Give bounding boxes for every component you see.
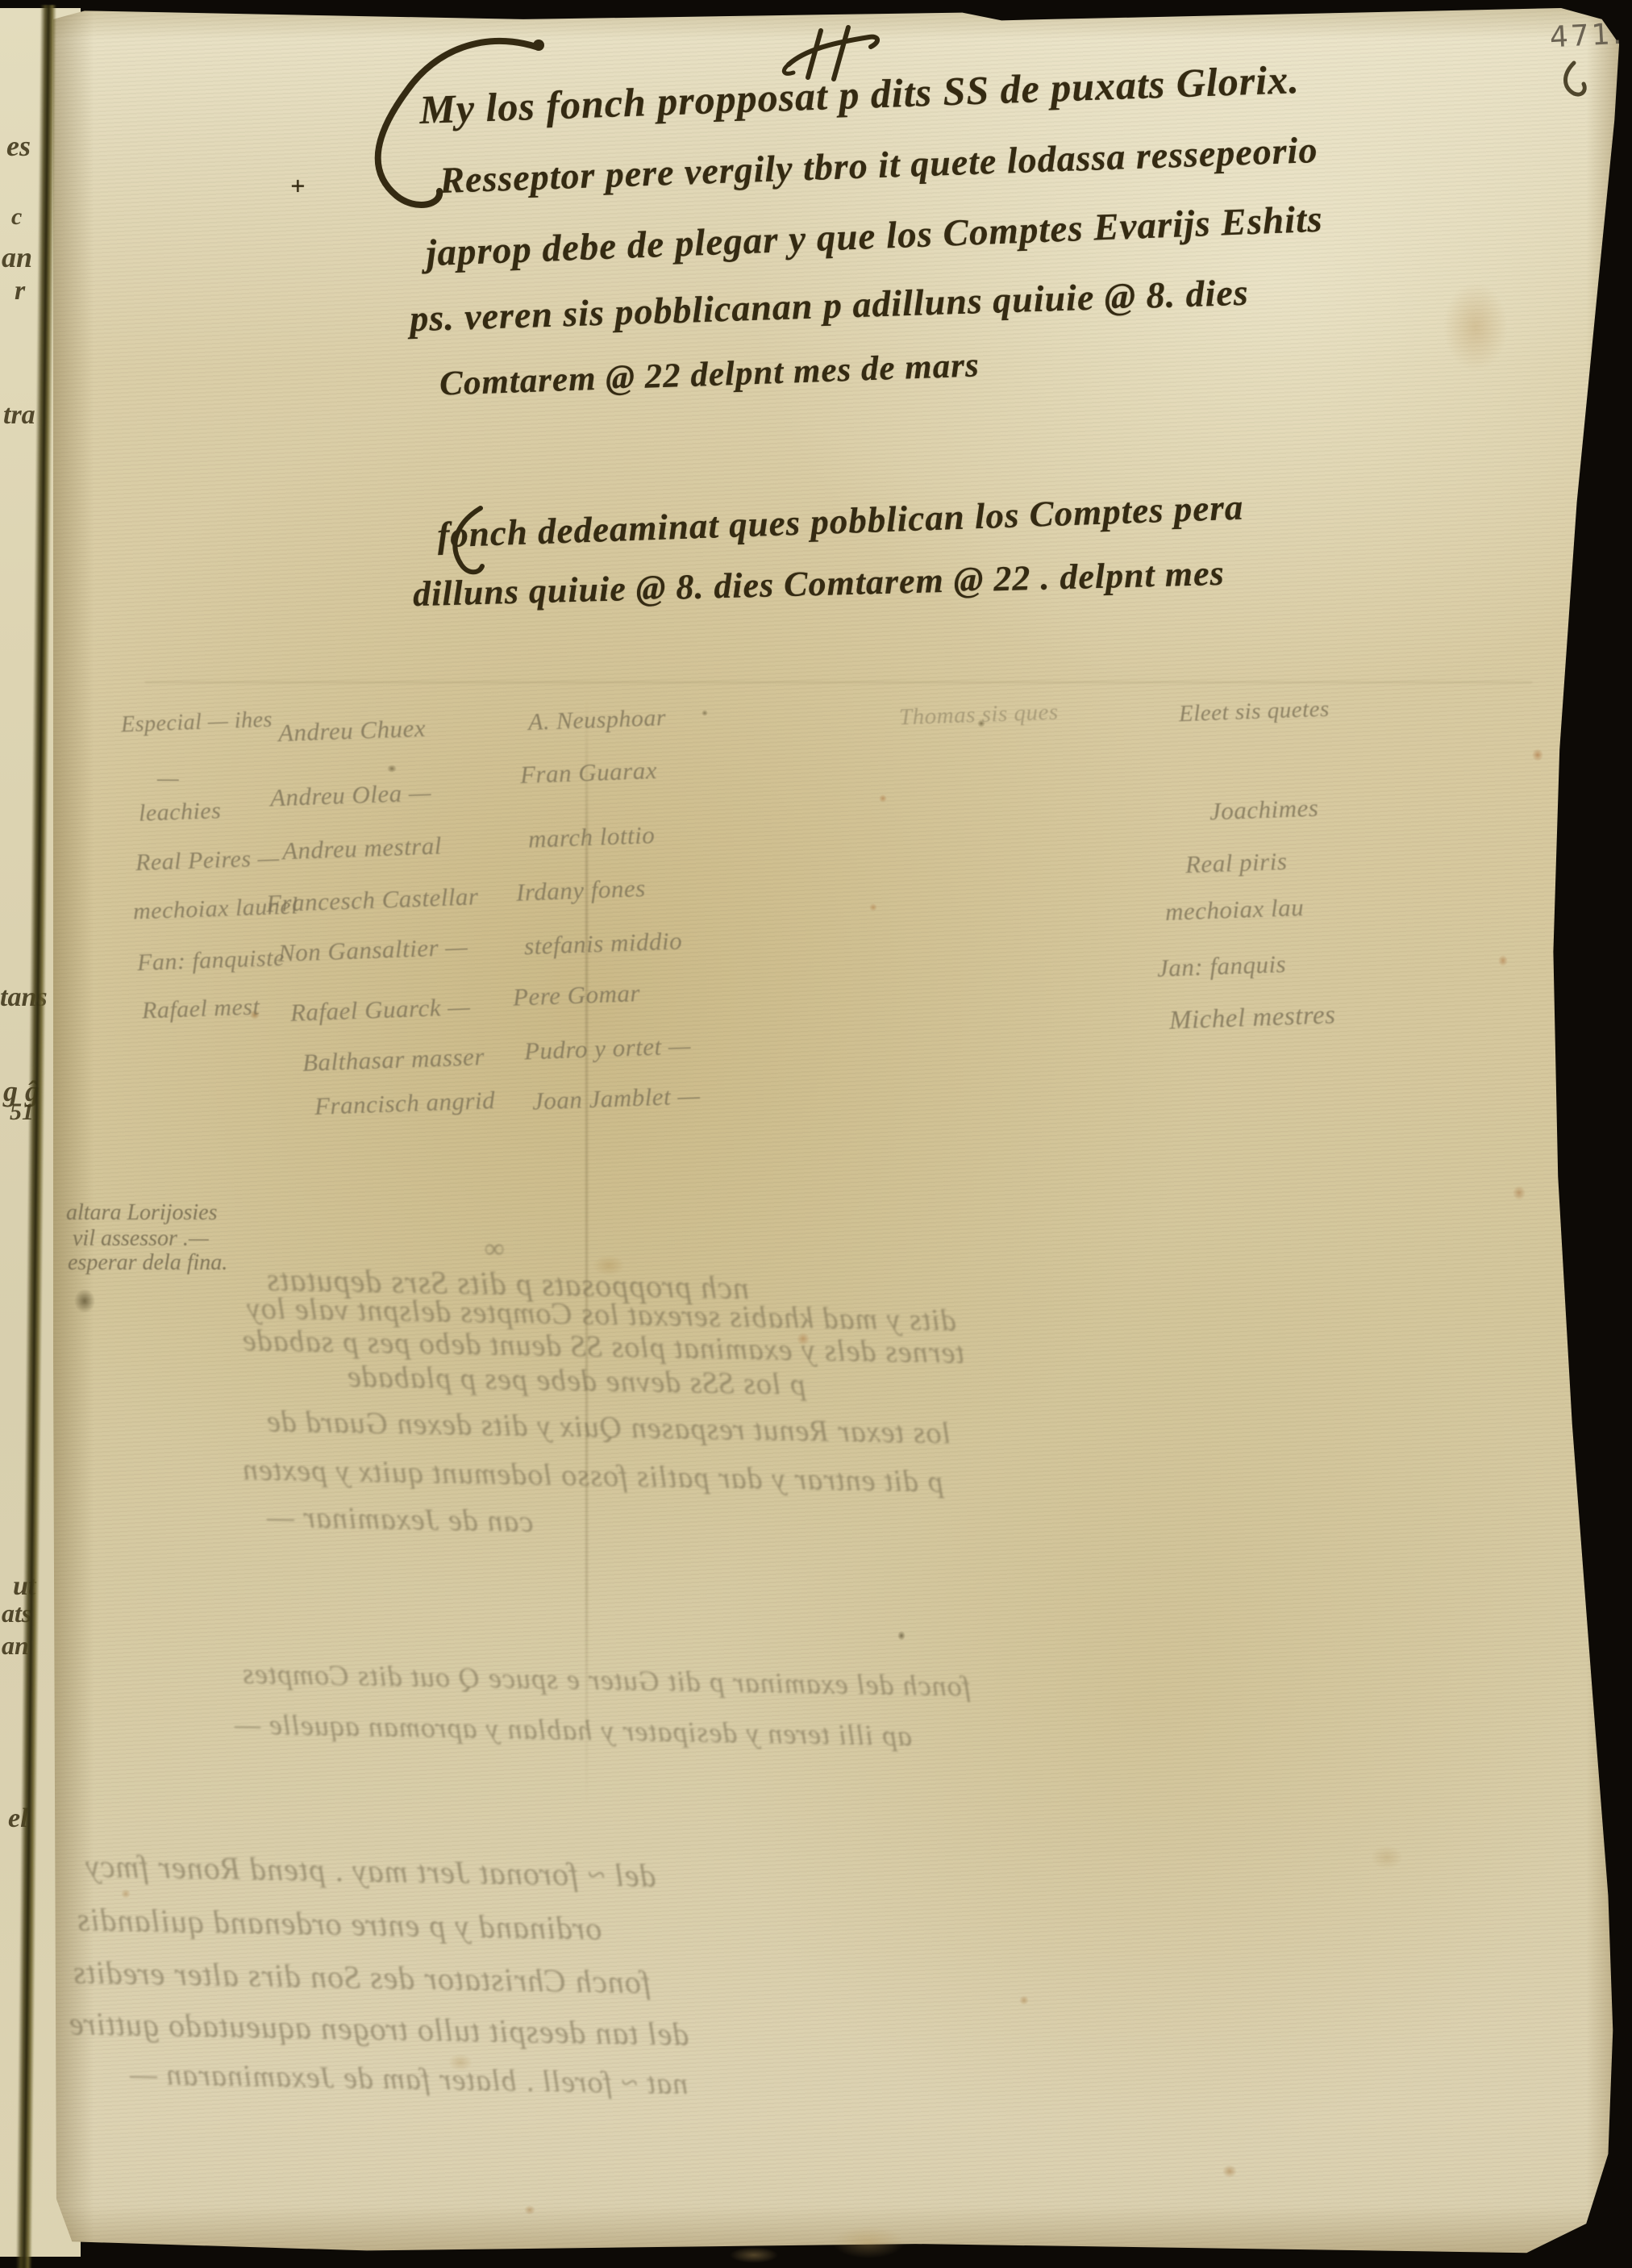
hook-mark [1566,63,1585,94]
page-number: 471. [1549,18,1625,55]
plus-mark: + [290,171,306,201]
manuscript-scan: es c an r tra tans g ĝ 51 ut ats an el 4… [0,0,1632,2268]
ink-flourish-marks [0,0,1632,2268]
double-cross-flourish [789,37,877,65]
double-cross-flourish [784,65,793,73]
ink-blot [533,40,544,51]
